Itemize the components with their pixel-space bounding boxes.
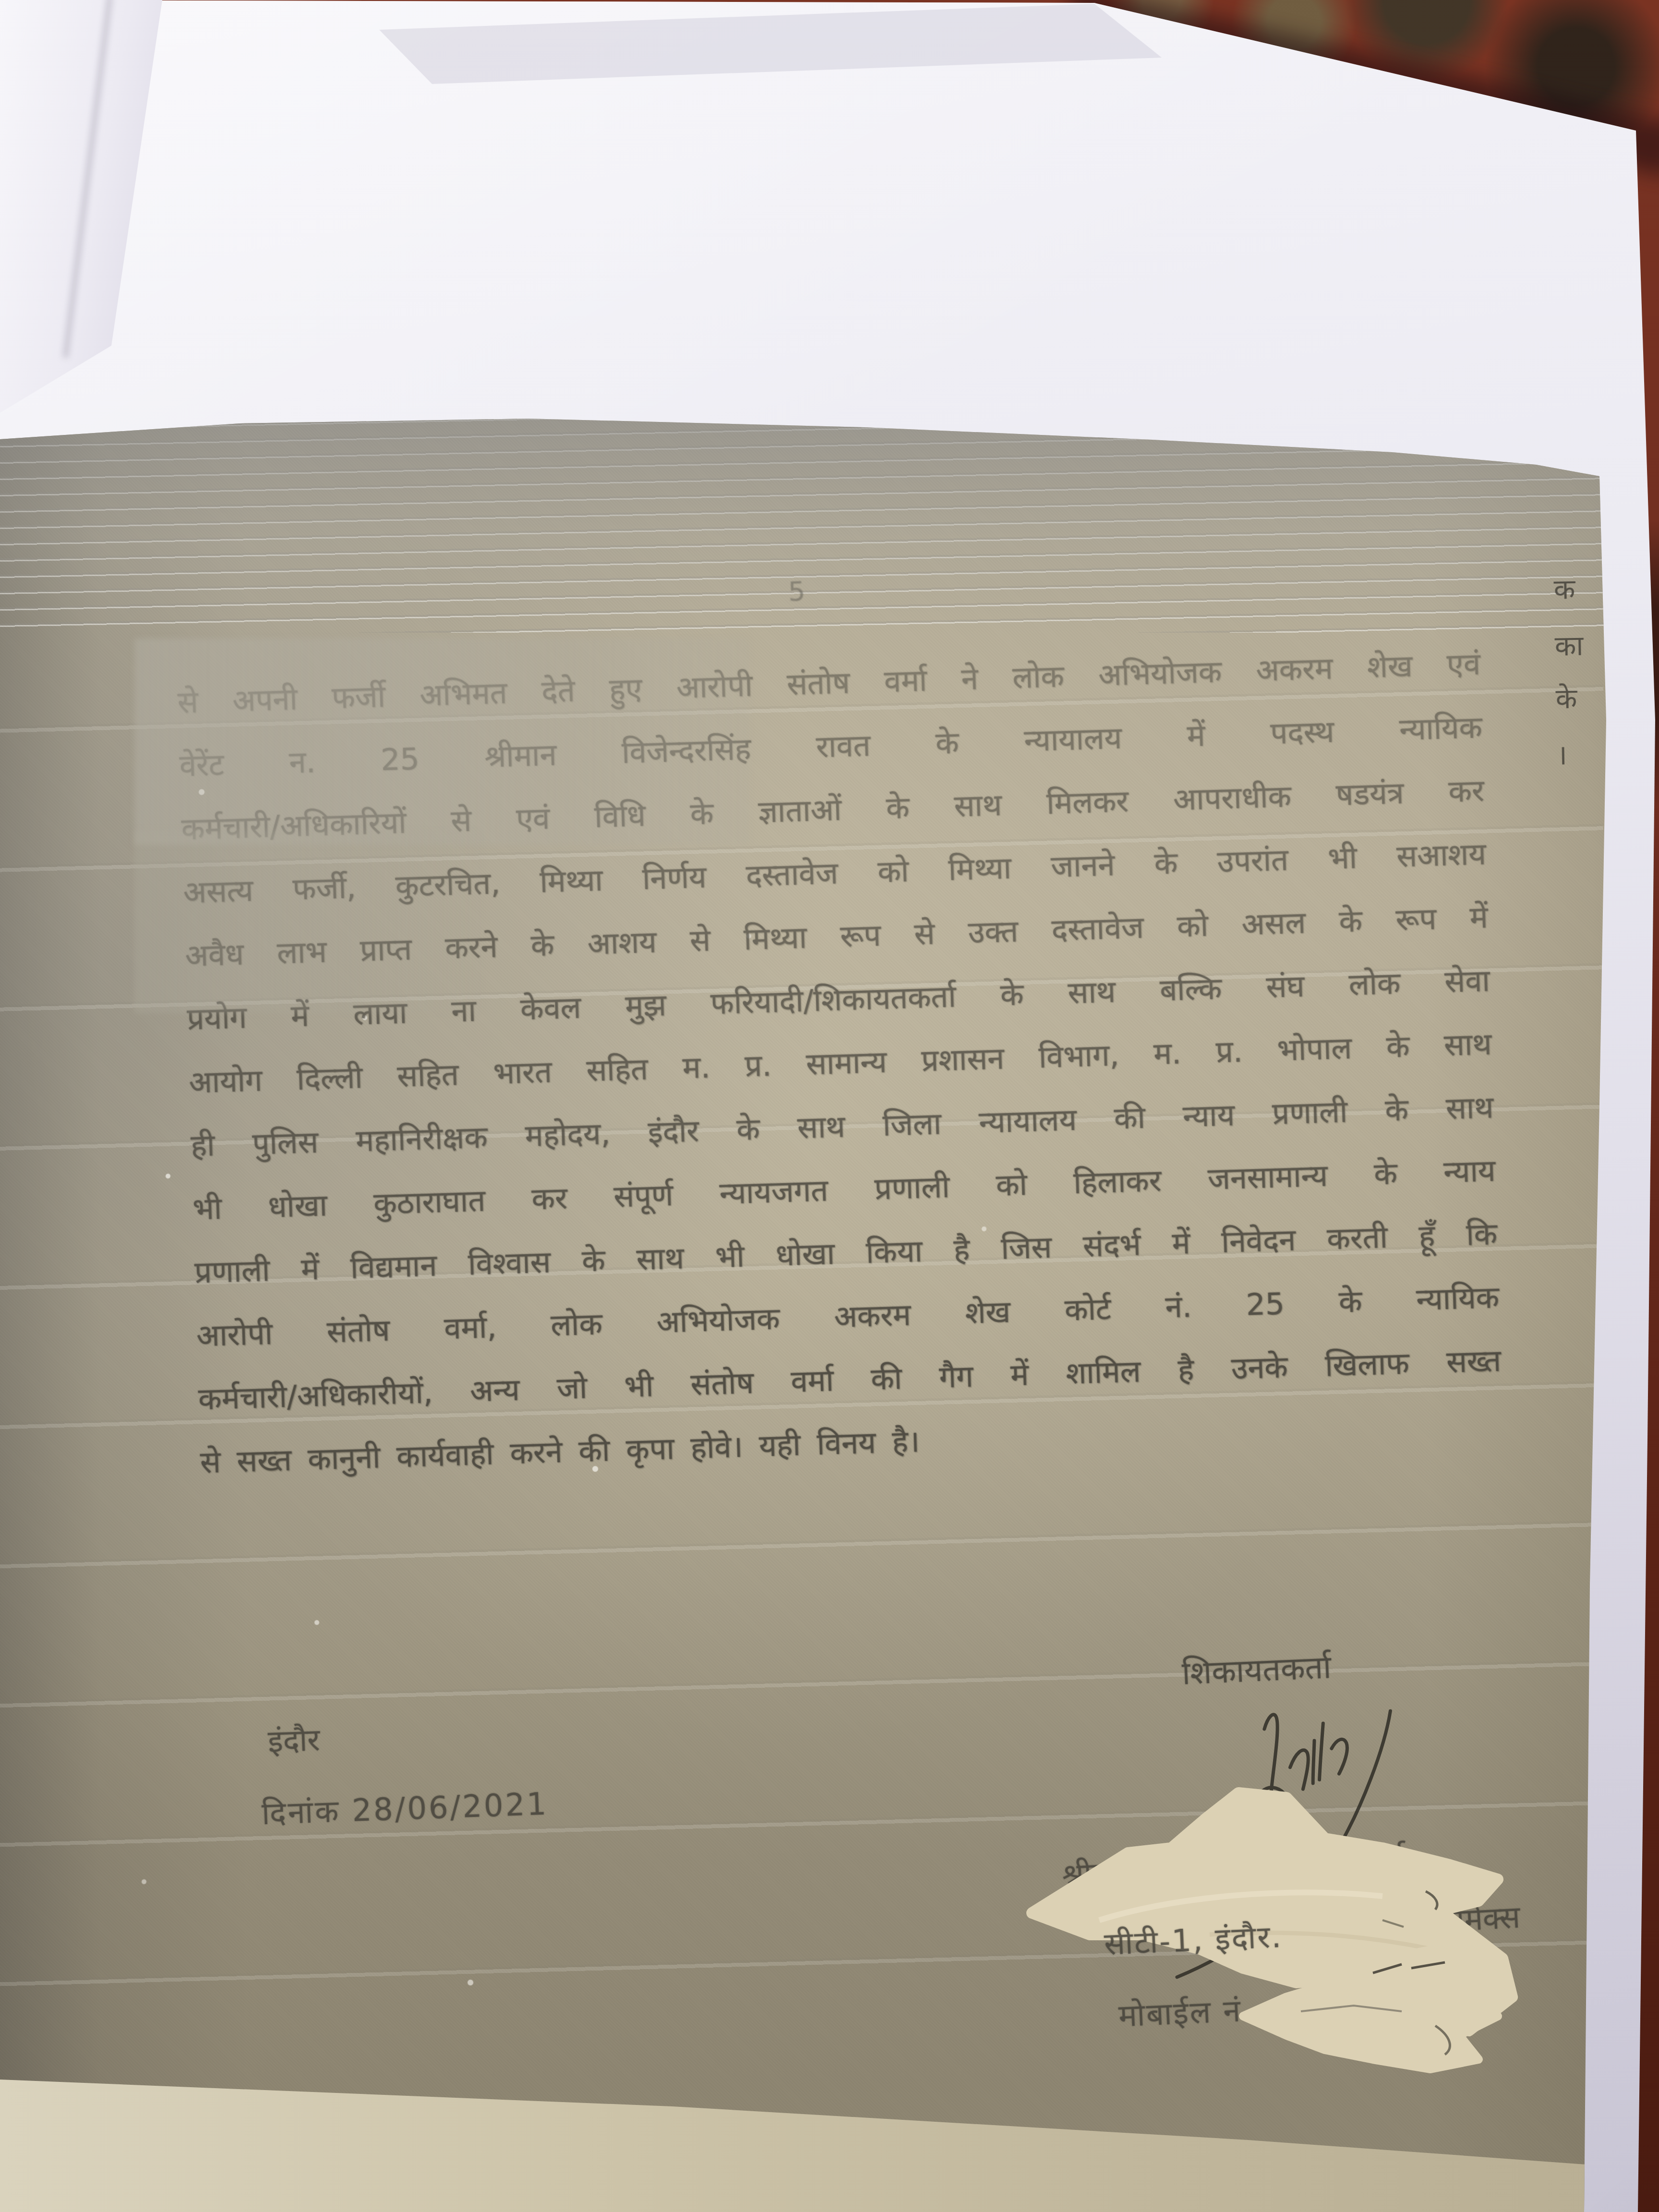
margin-fragment: । [1556,734,1567,772]
place-label: इंदौर [267,1718,321,1761]
photo-of-document: 5 क का के । से अपनी फर्जी अभिमत देते हुए… [0,0,1659,2212]
page-number: 5 [788,576,806,607]
whiteout-blob-over-number [1229,1939,1517,2083]
complaint-body-text: से अपनी फर्जी अभिमत देते हुए आरोपी संतोष… [177,632,1504,1494]
margin-fragment: का [1554,625,1584,664]
mobile-number-label: मोबाईल नं [1118,1988,1242,2035]
margin-fragment: के [1555,678,1577,717]
margin-fragment: क [1553,569,1575,607]
